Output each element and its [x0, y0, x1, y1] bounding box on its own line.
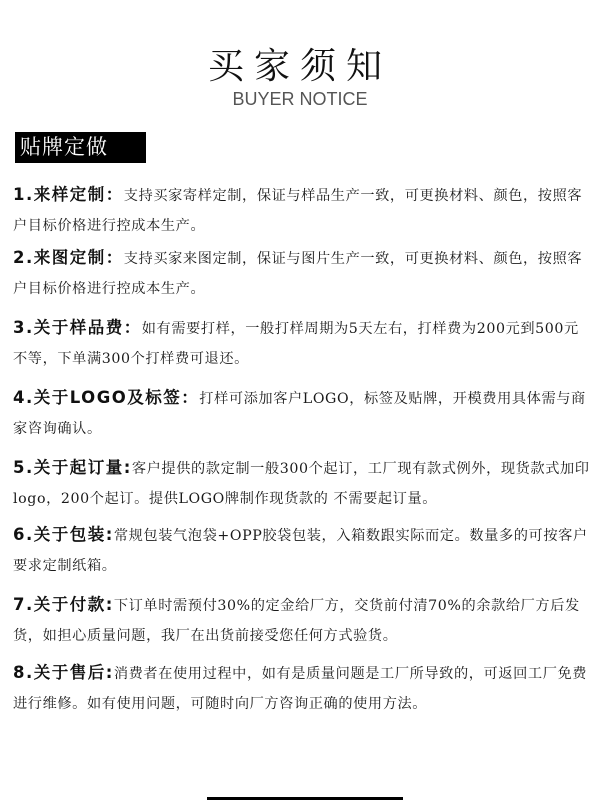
notice-item-heading: 3.关于样品费： [13, 318, 142, 337]
notice-item-packaging: 6.关于包装:常规包装气泡袋+OPP胶袋包装，入箱数跟实际而定。数量多的可按客户… [13, 520, 593, 581]
notice-item-sample-customization: 1.来样定制：支持买家寄样定制，保证与样品生产一致，可更换材料、颜色，按照客户目… [13, 180, 593, 241]
notice-item-heading: 4.关于LOGO及标签： [13, 388, 199, 407]
section-tag-oem: 贴牌定做 [15, 132, 146, 163]
notice-item-sample-fee: 3.关于样品费：如有需要打样，一般打样周期为5天左右，打样费为200元到500元… [13, 313, 593, 374]
notice-item-after-sales: 8.关于售后:消费者在使用过程中，如有是质量问题是工厂所导致的，可返回工厂免费进… [13, 658, 593, 719]
notice-item-logo-labels: 4.关于LOGO及标签：打样可添加客户LOGO，标签及贴牌，开模费用具体需与商家… [13, 383, 593, 444]
notice-item-heading: 6.关于包装: [13, 525, 114, 544]
notice-item-heading: 2.来图定制： [13, 248, 124, 267]
notice-item-payment: 7.关于付款:下订单时需预付30%的定金给厂方，交货前付清70%的余款给厂方后发… [13, 590, 593, 651]
page-subtitle: BUYER NOTICE [0, 89, 600, 110]
notice-item-minimum-order: 5.关于起订量:客户提供的款定制一般300个起订，工厂现有款式例外，现货款式加印… [13, 453, 593, 514]
notice-item-heading: 1.来样定制： [13, 185, 124, 204]
notice-item-heading: 8.关于售后: [13, 663, 114, 682]
notice-item-drawing-customization: 2.来图定制：支持买家来图定制，保证与图片生产一致，可更换材料、颜色，按照客户目… [13, 243, 593, 304]
notice-item-heading: 5.关于起订量: [13, 458, 132, 477]
notice-item-heading: 7.关于付款: [13, 595, 114, 614]
page-title: 买家须知 [0, 38, 600, 89]
